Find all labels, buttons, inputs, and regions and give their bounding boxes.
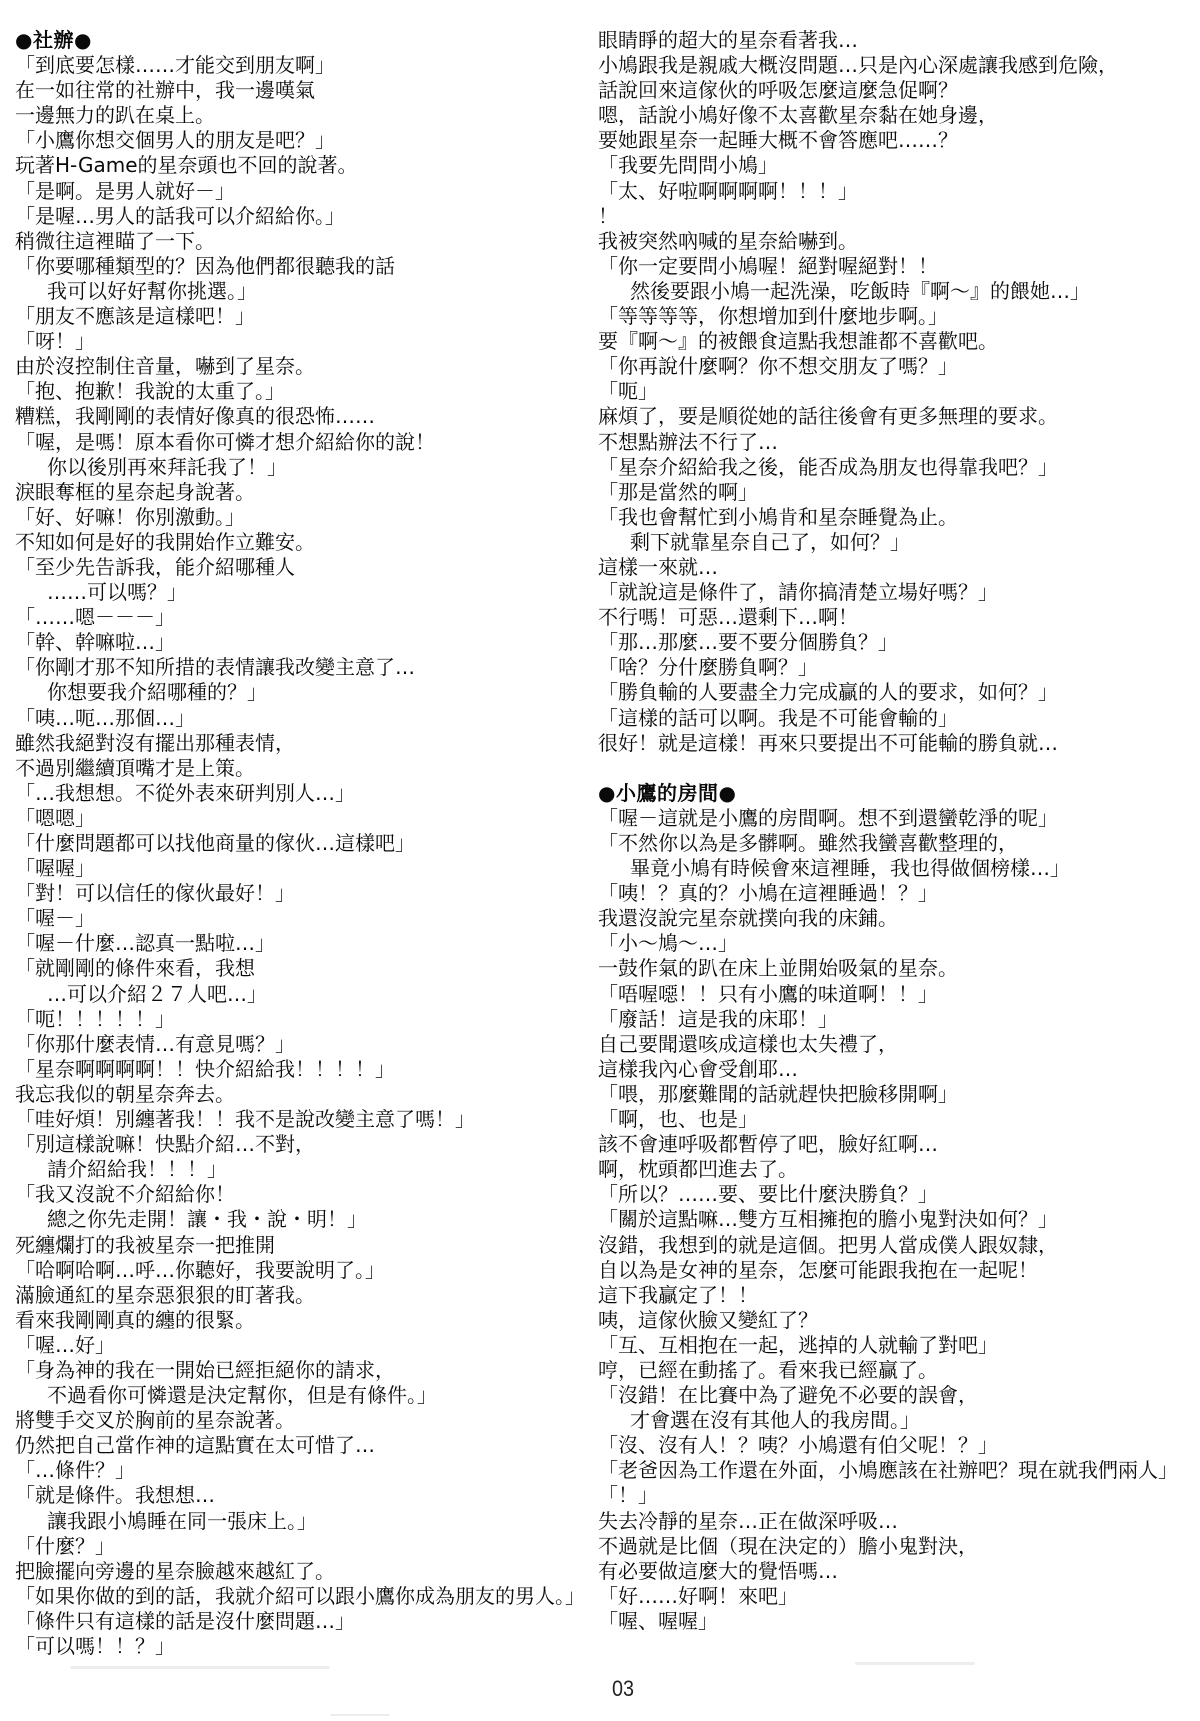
text-line: 「小～鳩～…」 xyxy=(598,931,1188,956)
text-line: 嗯，話說小鳩好像不太喜歡星奈黏在她身邊， xyxy=(598,103,1188,128)
text-line: …可以介紹２７人吧…」 xyxy=(15,982,540,1007)
text-line: 「什麼？」 xyxy=(15,1534,540,1559)
text-line: 「這樣的話可以啊。我是不可能會輸的」 xyxy=(598,706,1188,731)
text-line: 「我也會幫忙到小鳩肯和星奈睡覺為止。 xyxy=(598,505,1188,530)
text-line: 「呃」 xyxy=(598,379,1188,404)
text-line: 「好、好嘛！你別激動。」 xyxy=(15,505,540,530)
text-line: 「喔…好」 xyxy=(15,1333,540,1358)
text-line: 啊，枕頭都凹進去了。 xyxy=(598,1157,1188,1182)
text-line: 小鳩跟我是親戚大概沒問題…只是內心深處讓我感到危險， xyxy=(598,53,1188,78)
text-line: 才會選在沒有其他人的我房間。」 xyxy=(598,1408,1188,1433)
text-line: 我可以好好幫你挑選。」 xyxy=(15,279,540,304)
text-line: 「老爸因為工作還在外面，小鳩應該在社辦吧？現在就我們兩人」 xyxy=(598,1458,1188,1483)
text-line: 「是喔…男人的話我可以介紹給你。」 xyxy=(15,204,540,229)
text-line: 這樣我內心會受創耶… xyxy=(598,1057,1188,1082)
text-line: 稍微往這裡瞄了一下。 xyxy=(15,229,540,254)
text-line: 死纏爛打的我被星奈一把推開 xyxy=(15,1233,540,1258)
text-line: 要她跟星奈一起睡大概不會答應吧……？ xyxy=(598,128,1188,153)
text-line: 「那…那麼…要不要分個勝負？」 xyxy=(598,630,1188,655)
text-line: ……可以嗎？」 xyxy=(15,580,540,605)
text-line: 我被突然吶喊的星奈給嚇到。 xyxy=(598,229,1188,254)
text-line: 「喔喔」 xyxy=(15,856,540,881)
text-line: 「可以嗎！！？」 xyxy=(15,1634,540,1659)
text-line: 滿臉通紅的星奈惡狠狠的盯著我。 xyxy=(15,1283,540,1308)
text-line: 畢竟小鳩有時候會來這裡睡，我也得做個榜樣…」 xyxy=(598,856,1188,881)
text-line: 「唔喔噁！！只有小鷹的味道啊！！」 xyxy=(598,982,1188,1007)
text-line: 「太、好啦啊啊啊啊！！！」 xyxy=(598,179,1188,204)
text-line: 有必要做這麼大的覺悟嗎… xyxy=(598,1559,1188,1584)
text-line: 你想要我介紹哪種的？」 xyxy=(15,680,540,705)
text-line: 「到底要怎樣……才能交到朋友啊」 xyxy=(15,53,540,78)
text-line: 「如果你做的到的話，我就介紹可以跟小鷹你成為朋友的男人。」 xyxy=(15,1584,540,1609)
text-line: 總之你先走開！讓・我・說・明！」 xyxy=(15,1207,540,1232)
text-line: 「別這樣說嘛！快點介紹…不對， xyxy=(15,1132,540,1157)
text-line: 「沒、沒有人！？咦？小鳩還有伯父呢！？」 xyxy=(598,1433,1188,1458)
text-line: 不過別繼續頂嘴才是上策。 xyxy=(15,756,540,781)
text-line: 請介紹給我！！！」 xyxy=(15,1157,540,1182)
section-header: ●社辦● xyxy=(15,28,540,53)
text-line: 「！」 xyxy=(598,1483,1188,1508)
text-line: 「是啊。是男人就好－」 xyxy=(15,179,540,204)
text-line: 「條件只有這樣的話是沒什麼問題…」 xyxy=(15,1609,540,1634)
text-line: 失去冷靜的星奈…正在做深呼吸… xyxy=(598,1509,1188,1534)
text-line: 「……嗯－－－」 xyxy=(15,605,540,630)
text-line: 這下我贏定了！！ xyxy=(598,1283,1188,1308)
text-line: 不行嗎！可惡…還剩下…啊！ xyxy=(598,605,1188,630)
text-line: ！ xyxy=(598,204,1188,229)
text-line: 不過就是比個（現在決定的）膽小鬼對決， xyxy=(598,1534,1188,1559)
text-line: 「朋友不應該是這樣吧！」 xyxy=(15,304,540,329)
text-line: 一鼓作氣的趴在床上並開始吸氣的星奈。 xyxy=(598,956,1188,981)
text-line: 「互、互相抱在一起，逃掉的人就輸了對吧」 xyxy=(598,1333,1188,1358)
text-line: 不知如何是好的我開始作立難安。 xyxy=(15,530,540,555)
text-line: 「廢話！這是我的床耶！」 xyxy=(598,1007,1188,1032)
text-line: 一邊無力的趴在桌上。 xyxy=(15,103,540,128)
text-line: 雖然我絕對沒有擺出那種表情， xyxy=(15,731,540,756)
text-line: 「呀！」 xyxy=(15,329,540,354)
text-line: 「喔－這就是小鷹的房間啊。想不到還蠻乾淨的呢」 xyxy=(598,806,1188,831)
text-line: 「那是當然的啊」 xyxy=(598,480,1188,505)
text-line: 仍然把自己當作神的這點實在太可惜了… xyxy=(15,1433,540,1458)
scanned-page: ●社辦●「到底要怎樣……才能交到朋友啊」在一如往常的社辦中，我一邊嘆氣一邊無力的… xyxy=(0,0,1200,1721)
text-line: 話說回來這傢伙的呼吸怎麼這麼急促啊？ xyxy=(598,78,1188,103)
text-line: 「勝負輸的人要盡全力完成贏的人的要求，如何？」 xyxy=(598,680,1188,705)
text-line: 「幹、幹嘛啦…」 xyxy=(15,630,540,655)
text-line: 你以後別再來拜託我了！」 xyxy=(15,455,540,480)
text-line: 很好！就是這樣！再來只要提出不可能輸的勝負就… xyxy=(598,731,1188,756)
text-line: 把臉擺向旁邊的星奈臉越來越紅了。 xyxy=(15,1559,540,1584)
text-line: 「你再說什麼啊？你不想交朋友了嗎？」 xyxy=(598,354,1188,379)
text-line: 「對！可以信任的傢伙最好！」 xyxy=(15,881,540,906)
text-line: 由於沒控制住音量，嚇到了星奈。 xyxy=(15,354,540,379)
text-line: 「哈啊哈啊…呼…你聽好，我要說明了。」 xyxy=(15,1258,540,1283)
text-line: 不想點辦法不行了… xyxy=(598,430,1188,455)
text-line: 看來我剛剛真的纏的很緊。 xyxy=(15,1308,540,1333)
text-line: 「就說這是條件了，請你搞清楚立場好嗎？」 xyxy=(598,580,1188,605)
text-line: 我還沒說完星奈就撲向我的床鋪。 xyxy=(598,906,1188,931)
text-line: 「喂，那麼難聞的話就趕快把臉移開啊」 xyxy=(598,1082,1188,1107)
text-line: 「我要先問問小鳩」 xyxy=(598,153,1188,178)
text-line: 「你剛才那不知所措的表情讓我改變主意了… xyxy=(15,655,540,680)
blank-line xyxy=(598,756,1188,781)
scan-smudge xyxy=(70,1666,330,1669)
text-line: 「…條件？」 xyxy=(15,1458,540,1483)
text-line: 「啥？分什麼勝負啊？」 xyxy=(598,655,1188,680)
scan-smudge xyxy=(330,1714,390,1716)
text-line: 「你那什麼表情…有意見嗎？」 xyxy=(15,1032,540,1057)
text-line: 要『啊～』的被餵食這點我想誰都不喜歡吧。 xyxy=(598,329,1188,354)
text-line: 「咦！？真的？小鳩在這裡睡過！？」 xyxy=(598,881,1188,906)
text-line: 「喔，是嗎！原本看你可憐才想介紹給你的說！ xyxy=(15,430,540,455)
text-line: 「小鷹你想交個男人的朋友是吧？」 xyxy=(15,128,540,153)
text-line: 糟糕，我剛剛的表情好像真的很恐怖…… xyxy=(15,404,540,429)
text-line: 「星奈啊啊啊啊！！快介紹給我！！！！」 xyxy=(15,1057,540,1082)
text-column-right: 眼睛睜的超大的星奈看著我…小鳩跟我是親戚大概沒問題…只是內心深處讓我感到危險，話… xyxy=(598,28,1188,1634)
page-number: 03 xyxy=(601,1676,646,1702)
text-line: 「啊，也、也是」 xyxy=(598,1107,1188,1132)
text-line: 「沒錯！在比賽中為了避免不必要的誤會， xyxy=(598,1383,1188,1408)
text-line: 不過看你可憐還是決定幫你，但是有條件。」 xyxy=(15,1383,540,1408)
text-line: 「喔、喔喔」 xyxy=(598,1609,1188,1634)
text-line: 「身為神的我在一開始已經拒絕你的請求， xyxy=(15,1358,540,1383)
text-line: 「抱、抱歉！我說的太重了。」 xyxy=(15,379,540,404)
text-line: 「喔－」 xyxy=(15,906,540,931)
text-line: 沒錯，我想到的就是這個。把男人當成僕人跟奴隸， xyxy=(598,1233,1188,1258)
text-line: 眼睛睜的超大的星奈看著我… xyxy=(598,28,1188,53)
text-line: 「嗯嗯」 xyxy=(15,806,540,831)
text-line: 「好……好啊！來吧」 xyxy=(598,1584,1188,1609)
text-line: 自以為是女神的星奈，怎麼可能跟我抱在一起呢！ xyxy=(598,1258,1188,1283)
text-line: 「…我想想。不從外表來研判別人…」 xyxy=(15,781,540,806)
text-column-left: ●社辦●「到底要怎樣……才能交到朋友啊」在一如往常的社辦中，我一邊嘆氣一邊無力的… xyxy=(15,28,540,1659)
text-line: 剩下就靠星奈自己了，如何？」 xyxy=(598,530,1188,555)
text-line: 「所以？……要、要比什麼決勝負？」 xyxy=(598,1182,1188,1207)
section-header: ●小鷹的房間● xyxy=(598,781,1188,806)
text-line: 自己要聞還咳成這樣也太失禮了， xyxy=(598,1032,1188,1057)
text-line: 「什麼問題都可以找他商量的傢伙…這樣吧」 xyxy=(15,831,540,856)
text-line: 「喔－什麼…認真一點啦…」 xyxy=(15,931,540,956)
text-line: 「關於這點嘛…雙方互相擁抱的膽小鬼對決如何？」 xyxy=(598,1207,1188,1232)
text-line: 在一如往常的社辦中，我一邊嘆氣 xyxy=(15,78,540,103)
text-line: 「就剛剛的條件來看，我想 xyxy=(15,956,540,981)
text-line: 我忘我似的朝星奈奔去。 xyxy=(15,1082,540,1107)
text-line: 淚眼奪框的星奈起身說著。 xyxy=(15,480,540,505)
text-line: 「至少先告訴我，能介紹哪種人 xyxy=(15,555,540,580)
text-line: 「就是條件。我想想… xyxy=(15,1483,540,1508)
text-line: 「哇好煩！別纏著我！！我不是說改變主意了嗎！」 xyxy=(15,1107,540,1132)
text-line: 「不然你以為是多髒啊。雖然我蠻喜歡整理的， xyxy=(598,831,1188,856)
text-line: 「等等等等，你想增加到什麼地步啊。」 xyxy=(598,304,1188,329)
text-line: 「你一定要問小鳩喔！絕對喔絕對！！ xyxy=(598,254,1188,279)
text-line: 咦，這傢伙臉又變紅了？ xyxy=(598,1308,1188,1333)
text-line: 該不會連呼吸都暫停了吧，臉好紅啊… xyxy=(598,1132,1188,1157)
text-line: 「我又沒說不介紹給你！ xyxy=(15,1182,540,1207)
text-line: 然後要跟小鳩一起洗澡，吃飯時『啊～』的餵她…」 xyxy=(598,279,1188,304)
text-line: 讓我跟小鳩睡在同一張床上。」 xyxy=(15,1509,540,1534)
text-line: 「呃！！！！！」 xyxy=(15,1007,540,1032)
text-line: 「咦…呃…那個…」 xyxy=(15,706,540,731)
text-line: 這樣一來就… xyxy=(598,555,1188,580)
scan-smudge xyxy=(855,1662,975,1665)
text-line: 玩著H-Game的星奈頭也不回的說著。 xyxy=(15,153,540,178)
text-line: 將雙手交叉於胸前的星奈說著。 xyxy=(15,1408,540,1433)
text-line: 麻煩了，要是順從她的話往後會有更多無理的要求。 xyxy=(598,404,1188,429)
text-line: 哼，已經在動搖了。看來我已經贏了。 xyxy=(598,1358,1188,1383)
text-line: 「星奈介紹給我之後，能否成為朋友也得靠我吧？」 xyxy=(598,455,1188,480)
text-line: 「你要哪種類型的？因為他們都很聽我的話 xyxy=(15,254,540,279)
